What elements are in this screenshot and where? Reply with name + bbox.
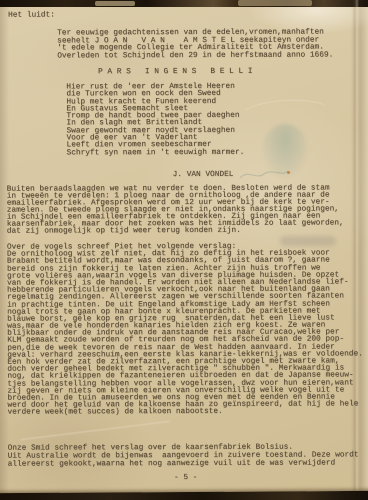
paragraph-birds: Over de vogels schreef Piet het volgende… bbox=[7, 243, 363, 417]
dedication-text: Ter eeuwige gedachtenissen van de edelen… bbox=[57, 29, 333, 60]
page-number: - 5 - bbox=[2, 473, 368, 482]
paragraph-outside: Buiten beraadslaagden we wat nu verder t… bbox=[7, 185, 344, 236]
poem-heading: P A R S I N G E N S B E L L I bbox=[55, 68, 295, 77]
typed-text-layer: Het luidt: Ter eeuwige gedachtenissen va… bbox=[0, 0, 368, 500]
author-signature: J. VAN VONDEL bbox=[173, 171, 234, 179]
scanned-page: Het luidt: Ter eeuwige gedachtenissen va… bbox=[0, 0, 368, 500]
paragraph-candles: Onze Smid schreef het verslag over de ka… bbox=[8, 444, 359, 469]
poem-text: Hier rust de 'eer der Amstele Heeren die… bbox=[66, 84, 244, 158]
scan-bottom-edge bbox=[0, 491, 368, 500]
intro-label: Het luidt: bbox=[8, 11, 55, 19]
